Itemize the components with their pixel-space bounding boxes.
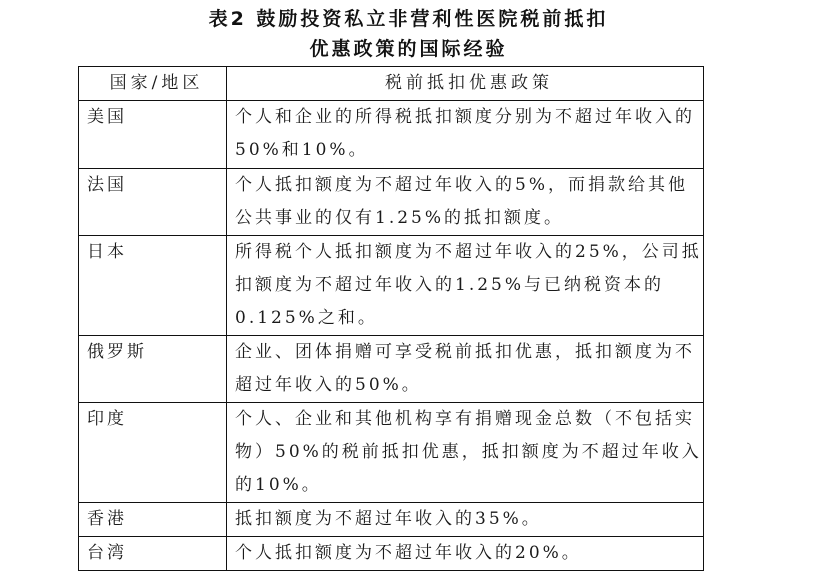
table-row: 俄罗斯 企业、团体捐赠可享受税前抵扣优惠，抵扣额度为不超过年收入的50%。 <box>79 336 704 403</box>
table-row: 美国 个人和企业的所得税抵扣额度分别为不超过年收入的50%和10%。 <box>79 101 704 169</box>
table-header-row: 国家/地区 税前抵扣优惠政策 <box>79 67 704 101</box>
policy-cell: 个人抵扣额度为不超过年收入的5%，而捐款给其他公共事业的仅有1.25%的抵扣额度… <box>227 169 704 236</box>
table-row: 法国 个人抵扣额度为不超过年收入的5%，而捐款给其他公共事业的仅有1.25%的抵… <box>79 169 704 236</box>
policy-cell: 抵扣额度为不超过年收入的35%。 <box>227 503 704 537</box>
tax-deduction-policy-table: 国家/地区 税前抵扣优惠政策 美国 个人和企业的所得税抵扣额度分别为不超过年收入… <box>78 66 704 571</box>
policy-cell: 所得税个人抵扣额度为不超过年收入的25%，公司抵扣额度为不超过年收入的1.25%… <box>227 236 704 336</box>
region-cell: 美国 <box>79 101 227 169</box>
region-cell: 法国 <box>79 169 227 236</box>
table-row: 印度 个人、企业和其他机构享有捐赠现金总数（不包括实物）50%的税前抵扣优惠，抵… <box>79 403 704 503</box>
region-cell: 香港 <box>79 503 227 537</box>
policy-cell: 个人和企业的所得税抵扣额度分别为不超过年收入的50%和10%。 <box>227 101 704 169</box>
column-header-region: 国家/地区 <box>79 67 227 101</box>
column-header-policy: 税前抵扣优惠政策 <box>227 67 704 101</box>
policy-cell: 个人、企业和其他机构享有捐赠现金总数（不包括实物）50%的税前抵扣优惠，抵扣额度… <box>227 403 704 503</box>
region-cell: 印度 <box>79 403 227 503</box>
table-row: 日本 所得税个人抵扣额度为不超过年收入的25%，公司抵扣额度为不超过年收入的1.… <box>79 236 704 336</box>
region-cell: 台湾 <box>79 537 227 571</box>
table-title-line-1: 表2 鼓励投资私立非营利性医院税前抵扣 <box>0 4 817 31</box>
table-row: 台湾 个人抵扣额度为不超过年收入的20%。 <box>79 537 704 571</box>
table-title-line-2: 优惠政策的国际经验 <box>0 34 817 61</box>
region-cell: 日本 <box>79 236 227 336</box>
table-row: 香港 抵扣额度为不超过年收入的35%。 <box>79 503 704 537</box>
policy-cell: 个人抵扣额度为不超过年收入的20%。 <box>227 537 704 571</box>
policy-cell: 企业、团体捐赠可享受税前抵扣优惠，抵扣额度为不超过年收入的50%。 <box>227 336 704 403</box>
region-cell: 俄罗斯 <box>79 336 227 403</box>
